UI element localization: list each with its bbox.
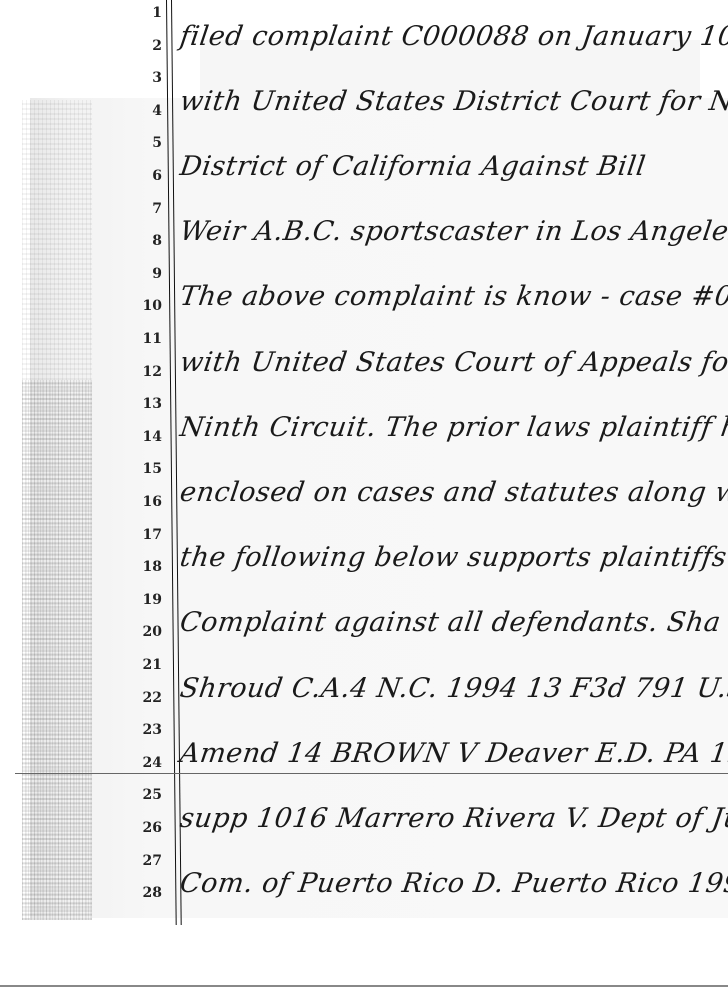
handwritten-line: with United States District Court for No… [178,86,728,117]
handwritten-line: with United States Court of Appeals for … [178,347,728,378]
line-number: 27 [143,854,162,868]
line-number: 19 [143,593,162,607]
line-number: 21 [143,658,162,672]
handwritten-line: Complaint against all defendants. Sha [178,607,723,638]
line-number: 18 [143,560,162,574]
line-number: 16 [143,495,162,509]
line-number: 4 [152,104,162,118]
line-number: 2 [152,39,162,53]
line-number: 26 [143,821,162,835]
line-number: 14 [143,430,162,444]
page-bottom-edge [0,985,728,987]
line-number: 24 [143,756,162,770]
handwritten-line: Com. of Puerto Rico D. Puerto Rico 1993,… [178,868,728,899]
line-number: 13 [143,397,162,411]
handwritten-line: Amend 14 BROWN V Deaver E.D. PA 1993, 83… [178,738,728,769]
handwritten-line: Weir A.B.C. sportscaster in Los Angeles [178,216,728,247]
scan-noise-strip-lower [22,380,92,920]
line-number: 3 [152,71,162,85]
line-number: 10 [143,299,162,313]
line-number: 22 [143,691,162,705]
handwritten-line: the following below supports plaintiffs [178,542,728,573]
line-number: 20 [143,625,162,639]
line-number: 9 [152,267,162,281]
line-number: 12 [143,365,162,379]
line-number: 7 [152,202,162,216]
handwritten-line: Shroud C.A.4 N.C. 1994 13 F3d 791 U.S.C.… [178,673,728,704]
handwritten-line: filed complaint C000088 on January 10 2 [178,21,728,52]
handwritten-line: supp 1016 Marrero Rivera V. Dept of Just… [178,803,728,834]
line-number: 11 [143,332,162,346]
handwritten-line: The above complaint is know - case #0015 [178,281,728,312]
line-number: 6 [152,169,162,183]
line-number: 8 [152,234,162,248]
handwritten-line: Ninth Circuit. The prior laws plaintiff … [178,412,728,443]
line-number: 1 [152,6,162,20]
line-number: 15 [143,462,162,476]
line-number: 17 [143,528,162,542]
line-number: 5 [152,136,162,150]
handwritten-line: enclosed on cases and statutes along wit [178,477,728,508]
handwritten-line: District of California Against Bill [178,151,648,182]
line-number: 28 [143,886,162,900]
page-crease-line [15,773,728,774]
line-number: 25 [143,788,162,802]
line-number: 23 [143,723,162,737]
